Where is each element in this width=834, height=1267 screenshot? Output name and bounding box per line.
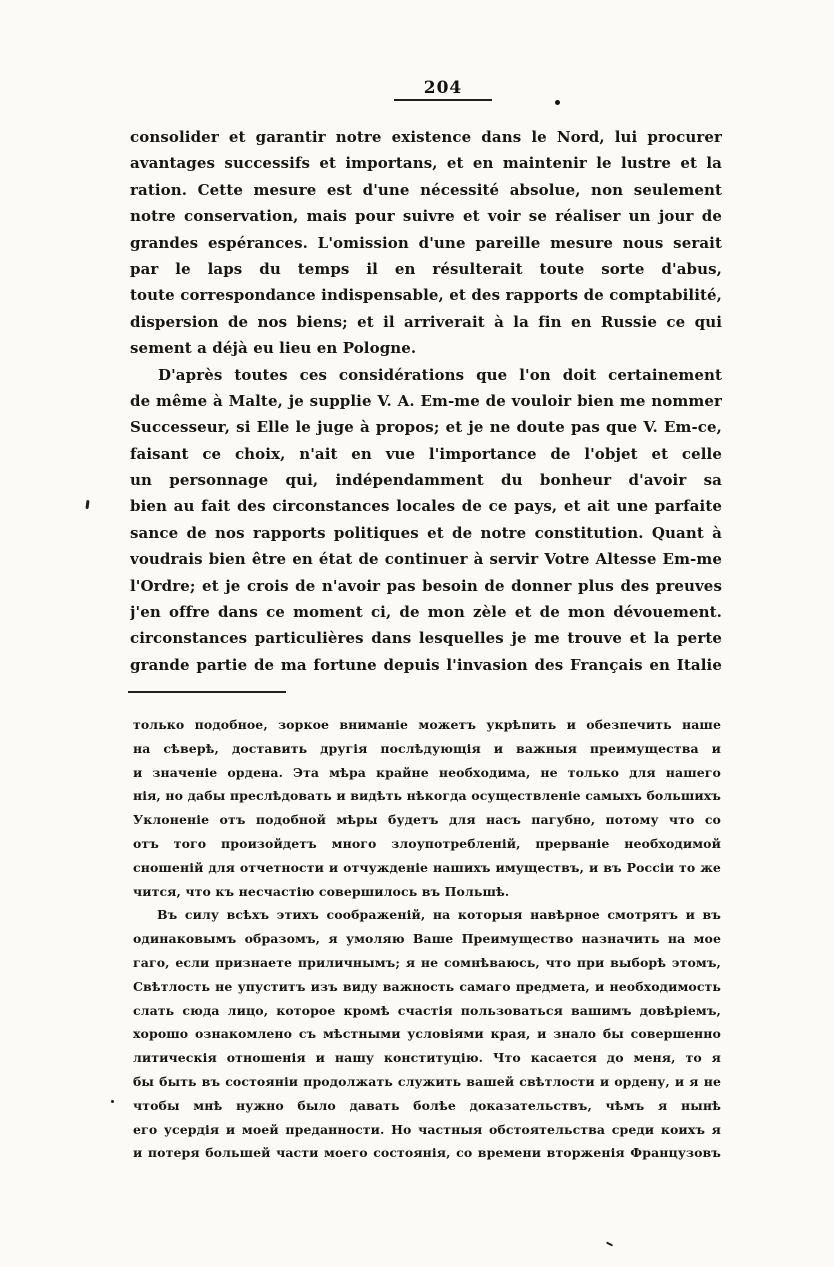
text-line: сношеній для отчетности и отчужденіе наш… (133, 856, 721, 880)
text-line: гаго, если признаете приличнымъ; я не со… (133, 951, 721, 975)
paragraph: только подобное, зоркое вниманіе можетъ … (133, 713, 721, 903)
text-line: consolider et garantir notre existence d… (130, 124, 722, 150)
text-line: l'Ordre; et je crois de n'avoir pas beso… (130, 573, 722, 599)
ink-speck-dot (555, 100, 560, 105)
text-line: grande partie de ma fortune depuis l'inv… (130, 652, 722, 678)
ink-speck-accent (606, 1241, 613, 1246)
text-line: хорошо ознакомлено съ мѣстными условіями… (133, 1022, 721, 1046)
text-line: на сѣверѣ, доставить другія послѣдующія … (133, 737, 721, 761)
paragraph: D'après toutes ces considérations que l'… (130, 362, 722, 679)
scanned-book-page: 204 consolider et garantir notre existen… (0, 0, 834, 1267)
text-line: notre conservation, mais pour suivre et … (130, 203, 722, 229)
ink-speck-apostrophe (85, 500, 89, 509)
ink-speck-dot-small (111, 1100, 114, 1103)
text-line: toute correspondance indispensable, et d… (130, 282, 722, 308)
text-line: circonstances particulières dans lesquel… (130, 625, 722, 651)
text-line: и значеніе ордена. Эта мѣра крайне необх… (133, 761, 721, 785)
text-line: его усердія и моей преданности. Но частн… (133, 1118, 721, 1142)
text-line: sance de nos rapports politiques et de n… (130, 520, 722, 546)
text-line: чится, что къ несчастію совершилось въ П… (133, 880, 721, 904)
text-line: grandes espérances. L'omission d'une par… (130, 230, 722, 256)
text-line: слать сюда лицо, которое кромѣ счастія п… (133, 999, 721, 1023)
text-line: voudrais bien être en état de continuer … (130, 546, 722, 572)
text-line: Въ силу всѣхъ этихъ соображеній, на кото… (133, 903, 721, 927)
text-line: одинаковымъ образомъ, я умоляю Ваше Преи… (133, 927, 721, 951)
text-line: Successeur, si Elle le juge à propos; et… (130, 414, 722, 440)
text-line: avantages successifs et importans, et en… (130, 150, 722, 176)
text-line: отъ того произойдетъ много злоупотреблен… (133, 832, 721, 856)
text-line: бы быть въ состояніи продолжать служить … (133, 1070, 721, 1094)
text-line: чтобы мнѣ нужно было давать болѣе доказа… (133, 1094, 721, 1118)
text-line: j'en offre dans ce moment ci, de mon zèl… (130, 599, 722, 625)
text-line: литическія отношенія и нашу конституцію.… (133, 1046, 721, 1070)
footnote-russian-text: только подобное, зоркое вниманіе можетъ … (133, 713, 721, 1165)
text-line: sement a déjà eu lieu en Pologne. (130, 335, 722, 361)
text-line: нія, но дабы преслѣдовать и видѣть нѣког… (133, 784, 721, 808)
text-line: Свѣтлость не упуститъ изъ виду важность … (133, 975, 721, 999)
text-line: bien au fait des circonstances locales d… (130, 493, 722, 519)
footnote-separator-rule (128, 691, 286, 693)
page-number: 204 (394, 78, 492, 98)
page-number-block: 204 (394, 78, 492, 101)
text-line: и потеря большей части моего состоянія, … (133, 1141, 721, 1165)
text-line: faisant ce choix, n'ait en vue l'importa… (130, 441, 722, 467)
text-line: dispersion de nos biens; et il arriverai… (130, 309, 722, 335)
paragraph: consolider et garantir notre existence d… (130, 124, 722, 362)
text-line: Уклоненіе отъ подобной мѣры будетъ для н… (133, 808, 721, 832)
text-line: de même à Malte, je supplie V. A. Em-me … (130, 388, 722, 414)
text-line: par le laps du temps il en résulterait t… (130, 256, 722, 282)
text-line: D'après toutes ces considérations que l'… (130, 362, 722, 388)
text-line: только подобное, зоркое вниманіе можетъ … (133, 713, 721, 737)
main-french-text: consolider et garantir notre existence d… (130, 124, 722, 678)
page-number-rule (394, 99, 492, 101)
text-line: ration. Cette mesure est d'une nécessité… (130, 177, 722, 203)
text-line: un personnage qui, indépendamment du bon… (130, 467, 722, 493)
paragraph: Въ силу всѣхъ этихъ соображеній, на кото… (133, 903, 721, 1165)
